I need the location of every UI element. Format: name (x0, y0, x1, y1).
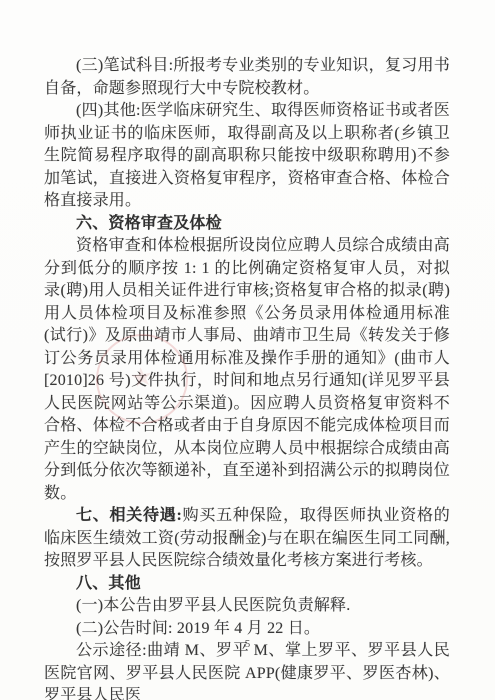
para-announcement-date: (二)公告时间: 2019 年 4 月 22 日。 (44, 618, 450, 641)
para-benefits: 七、相关待遇:购买五种保险，取得医师执业资格的临床医生绩效工资(劳动报酬金)与在… (44, 505, 450, 573)
benefits-heading-prefix: 七、相关待遇: (76, 507, 182, 524)
para-other-provisions: (四)其他:医学临床研究生、取得医师资格证书或者医师执业证书的临床医师，取得副高… (44, 100, 450, 213)
document-body: (三)笔试科目:所报考专业类别的专业知识，复习用书自备，命题参照现行大中专院校教… (44, 55, 450, 700)
scanned-document-page: (三)笔试科目:所报考专业类别的专业知识，复习用书自备，命题参照现行大中专院校教… (0, 0, 495, 700)
section-heading-qualification-review-and-physical: 六、资格审查及体检 (44, 213, 450, 236)
para-interpretation-right: (一)本公告由罗平县人民医院负责解释. (44, 595, 450, 618)
para-qualification-review-detail: 资格审查和体检根据所设岗位应聘人员综合成绩由高分到低分的顺序按 1: 1 的比例… (44, 235, 450, 505)
para-written-exam-subjects: (三)笔试科目:所报考专业类别的专业知识，复习用书自备，命题参照现行大中专院校教… (44, 55, 450, 100)
page-number: 5 (0, 638, 495, 650)
section-heading-other: 八、其他 (44, 573, 450, 596)
